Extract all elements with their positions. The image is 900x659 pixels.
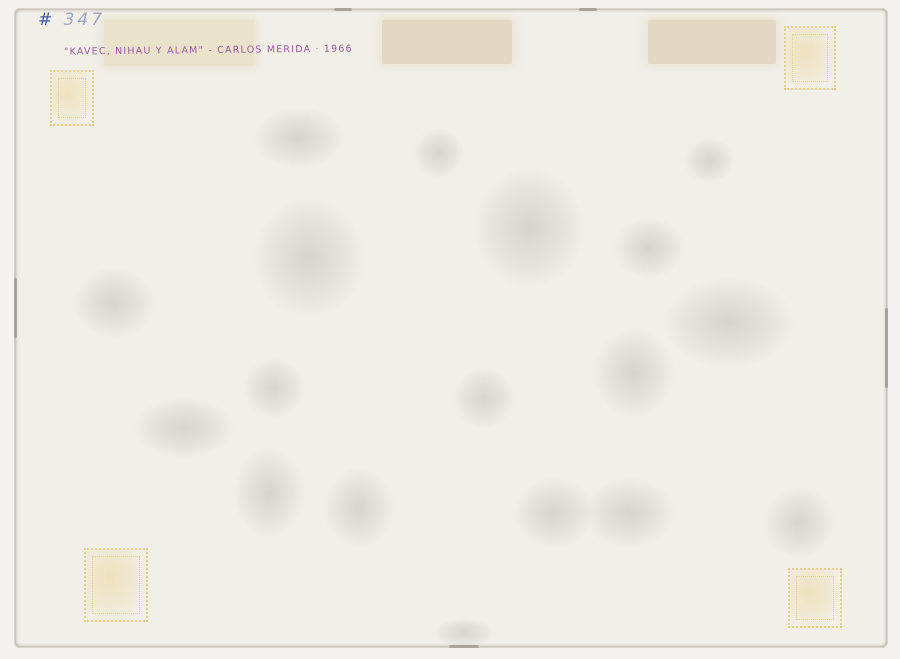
edge-stain	[449, 645, 479, 648]
stain	[614, 218, 684, 278]
catalog-number: # 347	[38, 10, 105, 30]
stain	[414, 128, 464, 178]
edge-stain	[579, 8, 597, 11]
stain	[434, 618, 494, 648]
stain	[514, 478, 594, 548]
stain	[134, 398, 234, 458]
stain	[254, 108, 344, 168]
stain	[664, 278, 794, 368]
collector-stamp	[784, 26, 836, 90]
collector-stamp	[788, 568, 842, 628]
edge-stain	[885, 308, 888, 388]
tape-strip	[382, 20, 512, 64]
stain	[474, 168, 584, 288]
stain	[584, 478, 674, 548]
paper-sheet	[14, 8, 888, 648]
stain	[454, 368, 514, 428]
edge-stain	[334, 8, 352, 11]
edge-stain	[14, 278, 17, 338]
stain	[244, 358, 304, 418]
stain	[234, 448, 304, 538]
collector-stamp	[84, 548, 148, 622]
collector-stamp	[50, 70, 94, 126]
tape-strip	[104, 20, 254, 66]
catalog-digits: 347	[64, 10, 105, 30]
stain	[324, 468, 394, 548]
stain	[254, 198, 364, 318]
stain	[684, 138, 734, 183]
stain	[594, 328, 674, 418]
stain	[764, 488, 834, 558]
catalog-hash: #	[38, 10, 55, 30]
stain	[74, 268, 154, 338]
tape-strip	[648, 20, 776, 64]
